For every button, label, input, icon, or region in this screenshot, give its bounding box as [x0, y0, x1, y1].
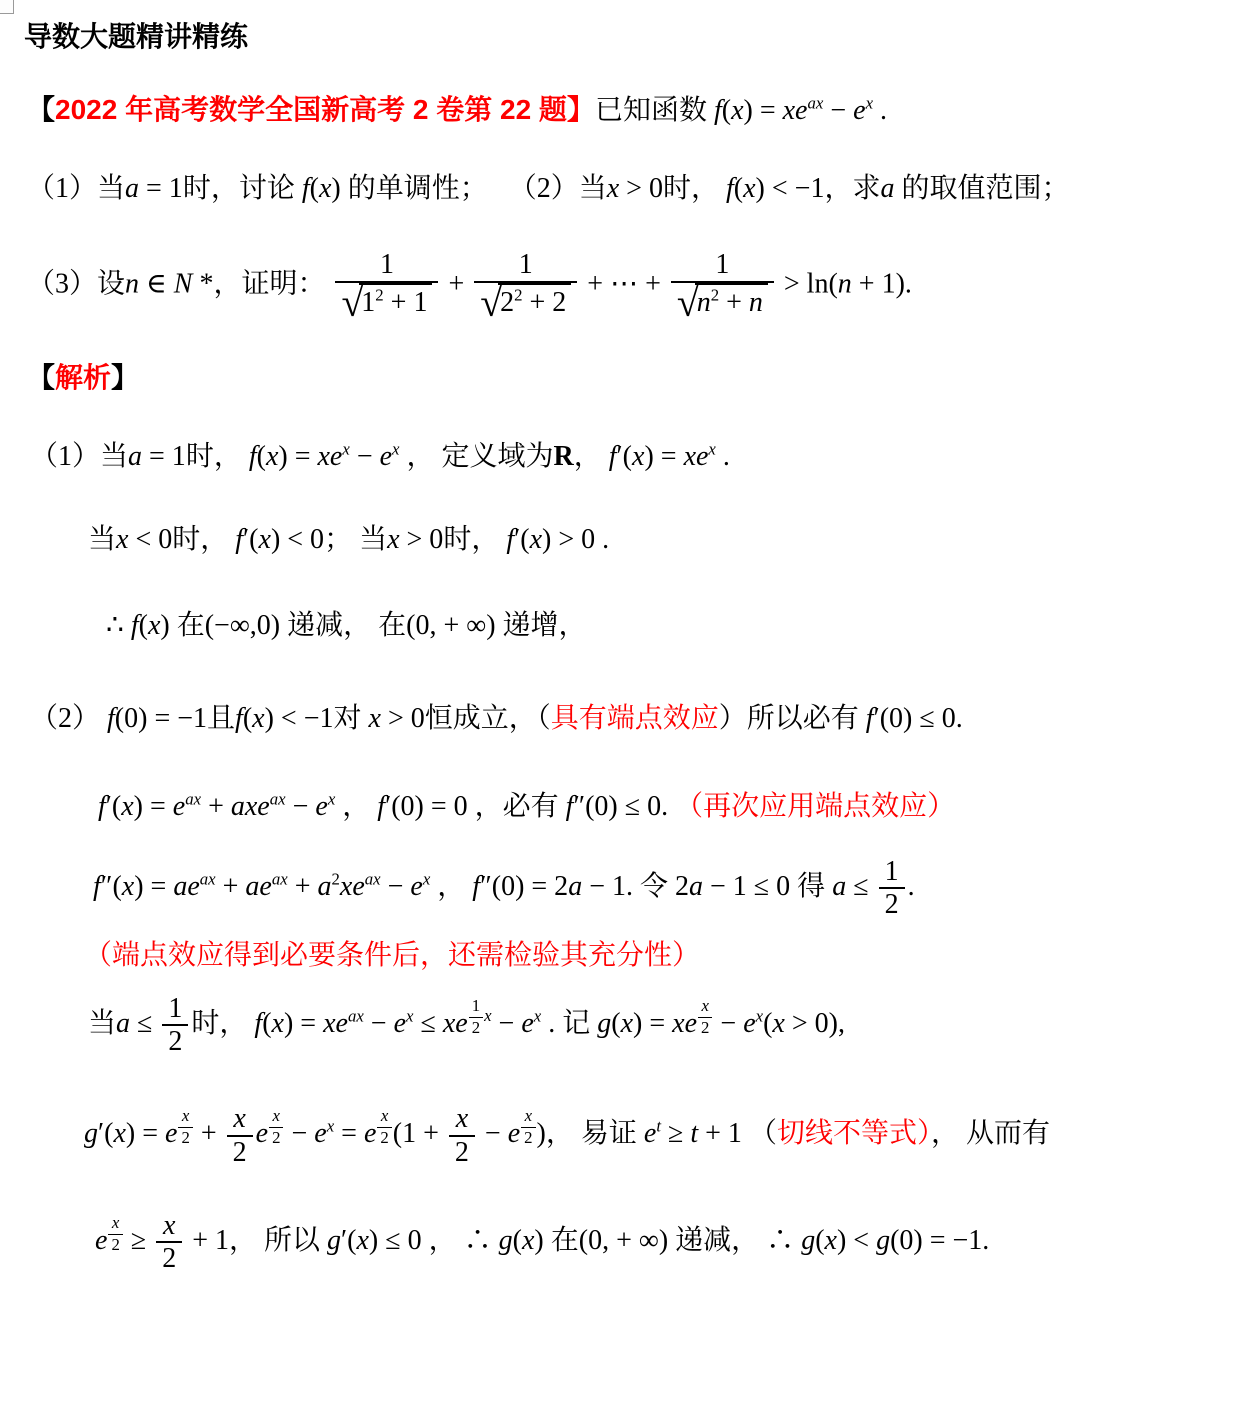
text-run: 且 [207, 703, 235, 734]
text-run: ) < [837, 1225, 876, 1256]
fraction-denominator: √22 + 2 [474, 283, 577, 324]
text-run: 时， [191, 1007, 254, 1038]
text-run: ，证明： [213, 269, 332, 300]
red-note-line: （端点效应得到必要条件后，还需检验其充分性） [0, 937, 1242, 975]
text-run: 1 [361, 287, 375, 318]
text-run: ) = [126, 1118, 165, 1149]
text-run: f [235, 703, 243, 734]
text-run: f [249, 441, 257, 472]
document-page: 导数大题精讲精练【2022 年高考数学全国新高考 2 卷第 22 题】已知函数 … [0, 0, 1242, 1403]
text-run: − [350, 441, 380, 472]
math-fraction: 1√22 + 2 [474, 249, 577, 323]
text-run: 在 [170, 610, 205, 641]
text-run: x [701, 996, 708, 1015]
text-run: 递减， 在 [280, 610, 406, 641]
math-square-root: √n2 + n [677, 283, 768, 324]
text-run: f [98, 791, 106, 822]
text-run: ∴ [464, 1225, 499, 1256]
solution-2-line-4: 当a ≤ 12时， f(x) = xeax − ex ≤ xe12x − ex … [0, 993, 1242, 1058]
math-superscript: ax [365, 869, 381, 888]
text-run: 2 [332, 869, 340, 888]
math-superscript: x2 [177, 1117, 193, 1136]
text-run: ( [734, 173, 743, 204]
text-run: e [315, 791, 327, 822]
text-run: ∴ [766, 1225, 801, 1256]
text-run: f [235, 524, 243, 555]
text-run: > ln( [777, 269, 838, 300]
text-run: ， 易证 [546, 1118, 644, 1149]
text-run: ) = [278, 441, 317, 472]
text-run: ) = [633, 1007, 672, 1038]
text-run: (0) = −1 [115, 703, 207, 734]
fraction-numerator: x [521, 1106, 535, 1128]
fraction-denominator: 2 [269, 1128, 283, 1149]
question-3-line: （3）设n ∈ N *，证明： 1√12 + 1 + 1√22 + 2 + ⋯ … [0, 249, 1242, 323]
text-run: e [644, 1118, 656, 1149]
text-run: 【 [27, 362, 55, 393]
fraction-numerator: x [377, 1106, 391, 1128]
text-run: e [173, 791, 185, 822]
text-run: ( [257, 441, 266, 472]
text-run: n [749, 287, 763, 318]
text-run: （ [742, 1118, 777, 1149]
text-run: ）所以必有 [719, 703, 866, 734]
text-run: n [125, 269, 139, 300]
fraction-numerator: 1 [162, 993, 188, 1026]
text-run: ∴ [106, 610, 131, 641]
text-run: e [95, 1225, 107, 1256]
text-run: − [492, 1007, 522, 1038]
text-run: + 2 [522, 287, 566, 318]
text-run: * [192, 269, 213, 300]
fraction-numerator: 1 [335, 249, 438, 282]
text-run: 的单调性； [341, 173, 474, 204]
text-run: x [621, 1007, 633, 1038]
text-run [320, 1225, 327, 1256]
text-run: ′( [341, 1225, 356, 1256]
text-run: x [266, 441, 278, 472]
text-run: ) = [644, 441, 683, 472]
fraction-numerator: 1 [474, 249, 577, 282]
fraction-numerator: x [269, 1106, 283, 1128]
text-run: ′( [243, 524, 258, 555]
solution-2-line-2: f′(x) = eax + axeax − ex ， f′(0) = 0 ，必有… [0, 788, 1242, 826]
text-run: 2 [701, 1018, 709, 1037]
text-run: e [521, 1007, 533, 1038]
text-run: = [334, 1118, 364, 1149]
text-run: 2 [711, 285, 719, 304]
text-run: > 0 [619, 173, 663, 204]
text-run: f [714, 95, 722, 126]
text-run: 2 [885, 889, 899, 920]
text-run: ， [422, 1225, 464, 1256]
text-run: ≥ [124, 1225, 153, 1256]
text-run: （2）当 [474, 173, 607, 204]
document-body: 导数大题精讲精练【2022 年高考数学全国新高考 2 卷第 22 题】已知函数 … [0, 0, 1242, 1275]
fraction-denominator: 2 [178, 1128, 192, 1149]
text-run: − [478, 1118, 508, 1149]
solution-2-line-1: （2） f(0) = −1且f(x) < −1对 x > 0恒成立，（具有端点效… [0, 700, 1242, 738]
text-run: 1 [715, 249, 729, 280]
math-fraction: 1√n2 + n [671, 249, 774, 323]
text-run: ″(0) ≤ 0. [573, 791, 668, 822]
text-run: 的取值范围； [894, 173, 1069, 204]
fraction-numerator: 1 [671, 249, 774, 282]
text-run: + 1 [384, 287, 428, 318]
text-run: (0) = −1. [890, 1225, 989, 1256]
math-fraction: 12 [162, 993, 188, 1058]
text-run: 2 [472, 1018, 480, 1037]
text-run: g [597, 1007, 611, 1038]
fraction-numerator: x [108, 1213, 122, 1235]
text-run: 时， [172, 524, 235, 555]
text-run: ′( [617, 441, 632, 472]
text-run: + [216, 871, 246, 902]
math-superscript: x2 [520, 1117, 536, 1136]
text-run: 恒成立，（ [425, 703, 551, 734]
text-run: 当 [88, 1007, 116, 1038]
math-superscript: x2 [697, 1006, 713, 1025]
text-run: g [84, 1118, 98, 1149]
text-run: x [381, 1106, 388, 1125]
radicand: 12 + 1 [359, 283, 432, 318]
text-run: ≤ [413, 1007, 442, 1038]
text-run: ( [611, 1007, 620, 1038]
math-superscript: ax [185, 790, 201, 809]
text-run: − [713, 1007, 743, 1038]
text-run: 时， [443, 524, 506, 555]
text-run: (1 + [393, 1118, 446, 1149]
text-run: ax [185, 790, 201, 809]
text-run: ，求 [824, 173, 880, 204]
text-run: ∈ [139, 269, 174, 300]
fraction-denominator: 2 [162, 1026, 188, 1057]
text-run: ≤ [846, 871, 875, 902]
math-superscript: x [866, 93, 873, 112]
text-run: x [163, 1210, 175, 1241]
text-run: 令 [640, 871, 668, 902]
text-run: (−∞,0) [205, 610, 280, 641]
radicand: n2 + n [695, 283, 768, 318]
text-run: x [116, 524, 128, 555]
math-fraction: x2 [227, 1103, 253, 1168]
text-run: ( [815, 1225, 824, 1256]
text-run: ， 所以 [229, 1225, 320, 1256]
text-run: a [125, 173, 139, 204]
math-fraction: 1√12 + 1 [335, 249, 438, 323]
text-run: x [525, 1106, 532, 1125]
math-superscript: 2 [332, 869, 340, 888]
text-run: g [499, 1225, 513, 1256]
math-superscript: 2 [375, 285, 383, 304]
text-run: ) [331, 173, 340, 204]
text-run: f [866, 703, 874, 734]
text-run: a [116, 1007, 130, 1038]
text-run: . [873, 95, 887, 126]
text-run: 时，讨论 [183, 173, 302, 204]
text-run: > 0 [381, 703, 425, 734]
math-fraction: 12 [879, 856, 905, 921]
math-fraction: x2 [269, 1106, 283, 1149]
text-run: ) [534, 1225, 543, 1256]
text-run: f [302, 173, 310, 204]
text-run: ax [365, 869, 381, 888]
text-run: ae [245, 871, 271, 902]
text-run: x [392, 440, 399, 459]
text-run: x [148, 610, 160, 641]
fraction-numerator: x [227, 1103, 253, 1136]
text-run: 2 [162, 1243, 176, 1274]
text-run: f [726, 173, 734, 204]
text-run: ax [348, 1006, 364, 1025]
text-run: e [743, 1007, 755, 1038]
text-run: x [356, 1225, 368, 1256]
text-run: + [288, 871, 318, 902]
text-run: e [380, 441, 392, 472]
text-run: f [131, 610, 139, 641]
text-run: 递减， [668, 1225, 766, 1256]
fraction-numerator: x [449, 1103, 475, 1136]
text-run: + [719, 287, 749, 318]
text-run: 当 [88, 524, 116, 555]
text-run: 时， [663, 173, 726, 204]
math-square-root: √22 + 2 [480, 283, 571, 324]
text-run: x [387, 524, 399, 555]
text-run: . [716, 441, 730, 472]
text-run: x [272, 1007, 284, 1038]
text-run: + 1 [698, 1118, 742, 1149]
text-run: < 0 [128, 524, 172, 555]
solution-2-line-3: f″(x) = aeax + aeax + a2xeax − ex ， f″(0… [0, 856, 1242, 921]
text-run: ， [574, 441, 609, 472]
fraction-denominator: 2 [449, 1137, 475, 1168]
math-superscript: 12x [468, 1006, 492, 1025]
math-square-root: √12 + 1 [341, 283, 432, 324]
text-run: e [853, 95, 865, 126]
text-run: xe [318, 441, 343, 472]
math-fraction: x2 [698, 996, 712, 1039]
text-run: ) ≤ 0 [369, 1225, 422, 1256]
text-run: f [506, 524, 514, 555]
text-run: ″( [101, 871, 122, 902]
text-run: ) [160, 610, 169, 641]
text-run: ′( [514, 524, 529, 555]
math-fraction: x2 [156, 1210, 182, 1275]
text-run: 在 [544, 1225, 579, 1256]
text-run: x [342, 440, 349, 459]
text-run: x [743, 173, 755, 204]
text-run: ) = [134, 871, 173, 902]
text-run: x [319, 173, 331, 204]
text-run: ，必有 [468, 791, 566, 822]
text-run: x [756, 1006, 763, 1025]
text-run: x [259, 524, 271, 555]
text-run: 1 [168, 993, 182, 1024]
text-run: 递增， [496, 610, 587, 641]
text-run: a [689, 871, 703, 902]
math-superscript: x [392, 440, 399, 459]
text-run: 时， [186, 441, 249, 472]
text-run: t [690, 1118, 698, 1149]
text-run: x [772, 1007, 784, 1038]
text-run: + [441, 269, 471, 300]
text-run: x [866, 93, 873, 112]
text-run: a [568, 871, 582, 902]
text-run: e [256, 1118, 268, 1149]
solution-2-line-5: g′(x) = ex2 + x2ex2 − ex = ex2(1 + x2 − … [0, 1103, 1242, 1168]
fraction-denominator: 2 [521, 1128, 535, 1149]
text-run: g [801, 1225, 815, 1256]
text-run: ax [200, 869, 216, 888]
math-superscript: x2 [376, 1117, 392, 1136]
text-run: a [832, 871, 846, 902]
text-run: 【 [27, 94, 55, 125]
text-run: e [314, 1118, 326, 1149]
text-run: ≤ [130, 1007, 159, 1038]
fraction-numerator: x [156, 1210, 182, 1243]
text-run: x [731, 95, 743, 126]
text-run: （3）设 [27, 269, 125, 300]
math-superscript: ax [348, 1006, 364, 1025]
math-superscript: x2 [107, 1223, 123, 1242]
text-run: − [286, 791, 316, 822]
text-run: xe [443, 1007, 468, 1038]
text-run: e [364, 1118, 376, 1149]
fraction-numerator: 1 [879, 856, 905, 889]
text-run: xe [323, 1007, 348, 1038]
text-run: 2 [233, 1137, 247, 1168]
fraction-denominator: 2 [469, 1018, 483, 1039]
text-run: 2 [380, 1128, 388, 1147]
text-run: ， [430, 871, 472, 902]
text-run: 1 [885, 856, 899, 887]
text-run: x [825, 1225, 837, 1256]
text-run: ≥ [661, 1118, 690, 1149]
text-run: x [182, 1106, 189, 1125]
text-run: x [456, 1103, 468, 1134]
text-run: 2022 年高考数学全国新高考 2 卷第 22 题 [55, 94, 567, 125]
fraction-numerator: x [178, 1106, 192, 1128]
text-run: e [508, 1118, 520, 1149]
fraction-denominator: 2 [698, 1018, 712, 1039]
text-run: + 1). [852, 269, 912, 300]
text-run: x [233, 1103, 245, 1134]
text-run: x [632, 441, 644, 472]
fraction-denominator: √n2 + n [671, 283, 774, 324]
fraction-numerator: x [698, 996, 712, 1018]
text-run: n [838, 269, 852, 300]
text-run: axe [231, 791, 270, 822]
text-run: ， 从而有 [931, 1118, 1050, 1149]
text-run: R [554, 441, 574, 472]
text-run: − [364, 1007, 394, 1038]
text-run: f [107, 703, 115, 734]
text-run: > 0), [785, 1007, 845, 1038]
text-run: （端点效应得到必要条件后，还需检验其充分性） [84, 940, 700, 971]
text-run: 对 [334, 703, 369, 734]
text-run: ax [272, 869, 288, 888]
text-run: ) < −1 [265, 703, 334, 734]
text-run: ″(0) = 2 [480, 871, 568, 902]
text-run: a [128, 441, 142, 472]
text-run: 2 [668, 871, 689, 902]
text-run: 2 [524, 1128, 532, 1147]
solution-2-line-6: ex2 ≥ x2 + 1， 所以 g′(x) ≤ 0 ， ∴ g(x) 在(0,… [0, 1210, 1242, 1275]
text-run: x [522, 1225, 534, 1256]
text-run: ax [807, 93, 823, 112]
text-run: f [377, 791, 385, 822]
fraction-denominator: 2 [879, 889, 905, 920]
text-run: xe [340, 871, 365, 902]
text-run: ′(0) ≤ 0. [874, 703, 963, 734]
math-fraction: x2 [178, 1106, 192, 1149]
text-run: x [530, 524, 542, 555]
text-run: 2 [111, 1235, 119, 1254]
text-run: 2 [455, 1137, 469, 1168]
text-run: 记 [562, 1007, 590, 1038]
text-run: = 1 [142, 441, 186, 472]
text-run: ； 当 [324, 524, 387, 555]
text-run: + ⋯ + [580, 269, 668, 300]
text-run: ′( [106, 791, 121, 822]
text-run: 2 [375, 285, 383, 304]
text-run: xe [672, 1007, 697, 1038]
text-run: ( [243, 703, 252, 734]
text-run: x [708, 440, 715, 459]
text-run: e [394, 1007, 406, 1038]
text-run: e [165, 1118, 177, 1149]
text-run: − 1 ≤ 0 [703, 871, 797, 902]
math-superscript: x [708, 440, 715, 459]
text-run: 已知函数 [595, 95, 714, 126]
text-run: ( [262, 1007, 271, 1038]
text-run: ) [537, 1118, 546, 1149]
text-run: ( [763, 1007, 772, 1038]
text-run: a [318, 871, 332, 902]
fraction-numerator: 1 [469, 996, 483, 1018]
text-run: 2 [168, 1026, 182, 1057]
text-run: . [908, 871, 915, 902]
text-run: x [121, 791, 133, 822]
problem-header-line: 【2022 年高考数学全国新高考 2 卷第 22 题】已知函数 f(x) = x… [0, 91, 1242, 130]
analysis-header: 【解析】 [0, 359, 1242, 398]
math-superscript: ax [200, 869, 216, 888]
solution-1-line-1: （1）当a = 1时， f(x) = xex − ex ， 定义域为R， f′(… [0, 438, 1242, 476]
text-run: − [381, 871, 411, 902]
math-fraction: x2 [449, 1103, 475, 1168]
fraction-denominator: 2 [227, 1137, 253, 1168]
math-superscript: 2 [711, 285, 719, 304]
text-run: （1）当 [30, 441, 128, 472]
text-run: f [93, 871, 101, 902]
fraction-denominator: 2 [377, 1128, 391, 1149]
text-run: x [112, 1213, 119, 1232]
text-run: ) = [134, 791, 173, 822]
text-run: ) < −1 [756, 173, 825, 204]
text-run: ( [310, 173, 319, 204]
text-run: x [369, 703, 381, 734]
text-run: 得 [797, 871, 825, 902]
text-run: 】 [111, 362, 139, 393]
text-run: f [472, 871, 480, 902]
text-run: − [823, 95, 853, 126]
text-run: > 0 [400, 524, 444, 555]
fraction-denominator: √12 + 1 [335, 283, 438, 324]
text-run: ) > 0 [542, 524, 595, 555]
math-fraction: x2 [377, 1106, 391, 1149]
text-run: . [541, 1007, 562, 1038]
text-run: ae [173, 871, 199, 902]
